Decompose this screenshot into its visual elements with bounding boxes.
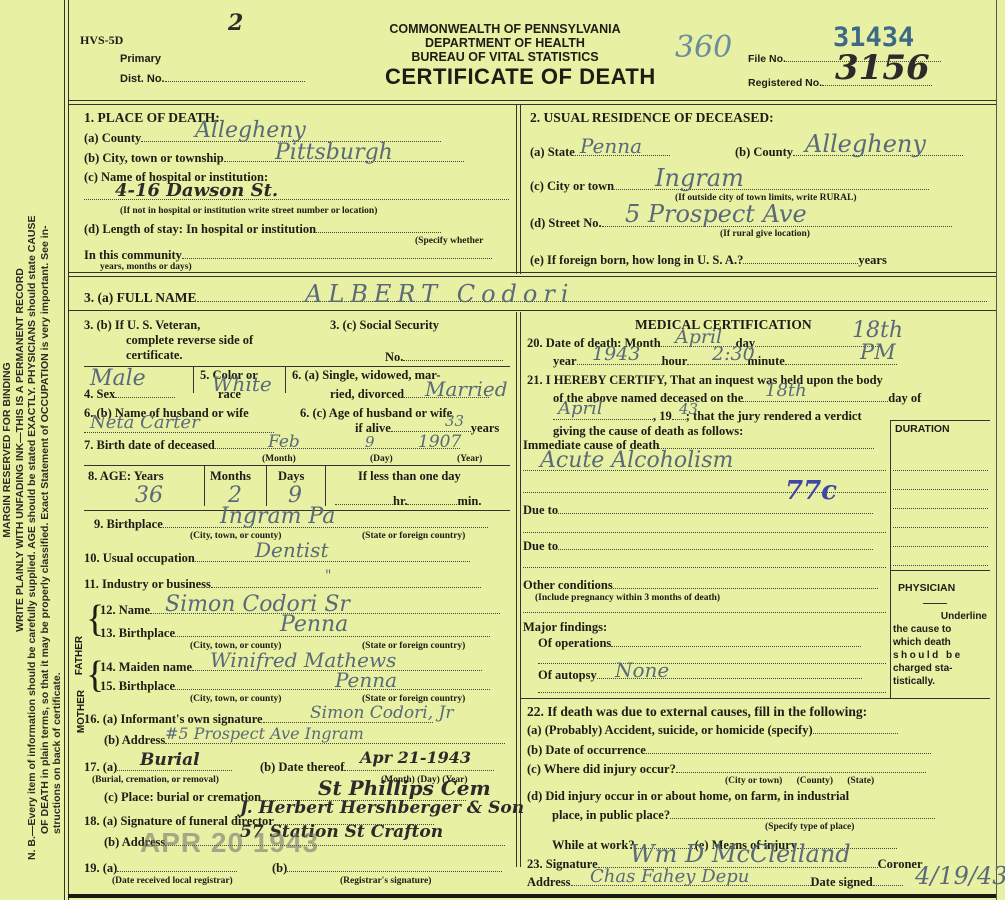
birthplace-value: Ingram Pa bbox=[220, 504, 335, 529]
father-birth-value: Penna bbox=[280, 612, 348, 637]
res-county-value: Allegheny bbox=[805, 130, 926, 158]
spouse-age-value: 33 bbox=[445, 412, 464, 430]
department-text: DEPARTMENT OF HEALTH bbox=[330, 36, 680, 50]
col-divider-top-2 bbox=[520, 104, 521, 274]
veteran-label: 3. (b) If U. S. Veteran, complete revers… bbox=[84, 318, 253, 363]
age-col-2 bbox=[266, 466, 267, 506]
registrar-signature-field[interactable]: (b) bbox=[272, 861, 502, 876]
age-col-3 bbox=[325, 466, 326, 506]
duration-top bbox=[890, 420, 990, 421]
cause-line-2[interactable] bbox=[523, 470, 886, 471]
birthplace-state-note: (State or foreign country) bbox=[362, 531, 465, 541]
other-conditions-note: (Include pregnancy within 3 months of de… bbox=[535, 593, 720, 603]
inquest-month-value: April bbox=[558, 398, 603, 419]
page-mark: 2 bbox=[228, 10, 243, 36]
physician-top bbox=[890, 570, 990, 571]
birth-month-note: (Month) bbox=[262, 454, 296, 464]
informant-address-value: #5 Prospect Ave Ingram bbox=[165, 724, 364, 743]
spouse-age-label: 6. (c) Age of husband or wife bbox=[300, 406, 452, 421]
margin-line-1: MARGIN RESERVED FOR BINDING bbox=[1, 10, 14, 890]
foreign-field[interactable]: (e) If foreign born, how long in U. S. A… bbox=[530, 253, 887, 268]
ss-label: 3. (c) Social Security bbox=[330, 318, 439, 333]
inquest-year-value: 43 bbox=[679, 400, 698, 418]
injury-place-note: (Specify type of place) bbox=[765, 822, 854, 832]
margin-line-2: WRITE PLAINLY WITH UNFADING INK—THIS IS … bbox=[13, 10, 26, 890]
other-line[interactable] bbox=[523, 612, 886, 613]
header-divider bbox=[68, 100, 996, 105]
other-conditions-field[interactable]: Other conditions bbox=[523, 578, 878, 593]
mother-birth-field[interactable]: 15. Birthplace bbox=[100, 679, 490, 694]
burial-date-value: Apr 21-1943 bbox=[360, 748, 471, 767]
coroner-address-value: Chas Fahey Depu bbox=[590, 866, 749, 887]
injury-place-label: (d) Did injury occur in or about home, o… bbox=[527, 789, 849, 804]
margin-line-4: OF DEATH in plain terms, so that it may … bbox=[38, 10, 51, 890]
inquest-day-value: 18th bbox=[765, 380, 807, 401]
operations-field[interactable]: Of operations bbox=[538, 636, 861, 651]
sex-field[interactable]: 4. Sex bbox=[84, 387, 175, 402]
age-days-label: Days bbox=[278, 469, 304, 484]
mother-birth-city-note: (City, town, or county) bbox=[190, 694, 281, 704]
burial-place-value: St Phillips Cem bbox=[318, 776, 491, 800]
birth-year-note: (Year) bbox=[457, 454, 482, 464]
injury-location-note: (City or town) (County) (State) bbox=[725, 776, 874, 786]
marital-label: 6. (a) Single, widowed, mar- bbox=[292, 368, 441, 383]
stay-note: (Specify whether bbox=[415, 236, 483, 246]
birth-year-value: 1907 bbox=[418, 432, 461, 452]
ss-divider bbox=[84, 366, 510, 367]
burial-type-value: Burial bbox=[140, 750, 200, 770]
death-year-value: 1943 bbox=[592, 343, 640, 365]
dist-no-label: Dist. No. bbox=[120, 73, 305, 85]
handwritten-360: 360 bbox=[675, 30, 732, 65]
margin-rule-2 bbox=[68, 0, 69, 900]
physician-instructions: Underline the cause to which death shoul… bbox=[893, 610, 987, 688]
marital-value: Married bbox=[425, 377, 508, 401]
community-note: years, months or days) bbox=[100, 262, 192, 272]
age-months-label: Months bbox=[210, 469, 251, 484]
autopsy-value: None bbox=[615, 658, 669, 682]
physician-heading: PHYSICIAN bbox=[898, 582, 955, 594]
death-certificate: MARGIN RESERVED FOR BINDING WRITE PLAINL… bbox=[0, 0, 1005, 900]
due-line[interactable] bbox=[523, 532, 886, 533]
hours-mins-field[interactable]: hr.min. bbox=[335, 494, 481, 509]
operations-line[interactable] bbox=[538, 663, 886, 664]
registrar-date-note: (Date received local registrar) bbox=[112, 876, 233, 886]
birth-day-value: 9 bbox=[365, 433, 375, 451]
binding-margin: MARGIN RESERVED FOR BINDING WRITE PLAINL… bbox=[0, 0, 64, 900]
inquest-day-field[interactable]: of the above named deceased on theday of bbox=[553, 391, 921, 406]
race-field[interactable]: race bbox=[218, 387, 241, 402]
registrar-signature-note: (Registrar's signature) bbox=[340, 876, 431, 886]
informant-sig-value: Simon Codori, Jr bbox=[310, 703, 453, 723]
injury-place-field[interactable]: place, in public place? bbox=[552, 808, 935, 823]
race-marital-divider bbox=[285, 367, 286, 393]
birth-month-value: Feb bbox=[268, 432, 300, 452]
sex-race-divider bbox=[193, 367, 194, 393]
age-top-divider bbox=[84, 465, 510, 466]
less-than-day-label: If less than one day bbox=[358, 469, 461, 484]
res-street-note: (If rural give location) bbox=[720, 229, 810, 239]
medical-heading: MEDICAL CERTIFICATION bbox=[635, 317, 812, 333]
ss-field[interactable]: No. bbox=[385, 350, 503, 365]
accident-field[interactable]: (a) (Probably) Accident, suicide, or hom… bbox=[527, 723, 898, 738]
death-minute-value: PM bbox=[860, 340, 896, 364]
death-city-value: Pittsburgh bbox=[275, 140, 393, 165]
right-edge bbox=[996, 0, 997, 900]
margin-instructions: MARGIN RESERVED FOR BINDING WRITE PLAINL… bbox=[1, 10, 64, 890]
funeral-director-value: J. Herbert Hershberger & Son bbox=[240, 798, 524, 818]
page-title: CERTIFICATE OF DEATH bbox=[385, 64, 656, 90]
res-city-value: Ingram bbox=[655, 164, 744, 192]
occupation-value: Dentist bbox=[255, 538, 329, 562]
primary-label: Primary bbox=[120, 53, 161, 65]
injury-location-field[interactable]: (c) Where did injury occur? bbox=[527, 762, 926, 777]
issuing-authority: COMMONWEALTH OF PENNSYLVANIA DEPARTMENT … bbox=[330, 22, 680, 64]
hospital-line[interactable] bbox=[84, 195, 509, 200]
autopsy-field[interactable]: Of autopsy bbox=[538, 668, 862, 683]
major-findings-label: Major findings: bbox=[523, 620, 607, 635]
residence-heading: 2. USUAL RESIDENCE OF DECEASED: bbox=[530, 110, 774, 126]
date-signed-value: 4/19/43 bbox=[915, 862, 1005, 890]
bureau-text: BUREAU OF VITAL STATISTICS bbox=[330, 50, 680, 64]
external-heading: 22. If death was due to external causes,… bbox=[527, 704, 867, 720]
spouse-value: Neta Carter bbox=[90, 412, 200, 433]
registered-number-value: 3156 bbox=[835, 48, 930, 88]
stay-field[interactable]: (d) Length of stay: In hospital or insti… bbox=[84, 222, 441, 237]
col-divider-top bbox=[516, 104, 517, 274]
age-col-1 bbox=[204, 466, 205, 506]
col-divider-mid-2 bbox=[520, 312, 521, 867]
due-line-2[interactable] bbox=[523, 567, 886, 568]
margin-line-3: N. B.—Every item of information should b… bbox=[26, 10, 39, 890]
duration-lines[interactable] bbox=[893, 455, 988, 565]
form-code: HVS-5D bbox=[80, 33, 123, 48]
death-city-field[interactable]: (b) City, town or township bbox=[84, 151, 464, 166]
age-years-value[interactable]: 36 bbox=[135, 483, 163, 508]
registrar-date-field[interactable]: 19. (a) bbox=[84, 861, 237, 876]
due-to-field-2[interactable]: Due to bbox=[523, 539, 873, 554]
coroner-signature-value: Wm D McClelland bbox=[630, 840, 851, 868]
res-street-value: 5 Prospect Ave bbox=[625, 200, 807, 228]
industry-value: " bbox=[325, 568, 331, 584]
res-state-value: Penna bbox=[580, 134, 642, 158]
community-field[interactable]: In this community bbox=[84, 248, 492, 263]
section-divider-2 bbox=[68, 272, 996, 277]
margin-rule bbox=[64, 0, 65, 900]
duration-divider bbox=[890, 420, 891, 698]
full-name-value: ALBERT Codori bbox=[305, 280, 574, 308]
col-divider-mid bbox=[516, 312, 517, 867]
physician-rule bbox=[923, 603, 947, 604]
certify-line-1: 21. I HEREBY CERTIFY, That an inquest wa… bbox=[527, 373, 883, 388]
hospital-note: (If not in hospital or institution write… bbox=[120, 206, 377, 216]
external-divider bbox=[520, 698, 990, 699]
margin-line-5: structions on back of certificate. bbox=[51, 10, 64, 890]
mother-birth-value: Penna bbox=[335, 668, 397, 692]
occurrence-date-field[interactable]: (b) Date of occurrence bbox=[527, 743, 931, 758]
bottom-edge bbox=[68, 894, 996, 898]
birth-day-note: (Day) bbox=[370, 454, 393, 464]
name-divider bbox=[68, 310, 996, 311]
received-date-stamp: APR 20 1943 bbox=[140, 827, 319, 859]
due-to-field-1[interactable]: Due to bbox=[523, 503, 873, 518]
father-side-label: FATHER bbox=[74, 636, 85, 675]
death-hour-value: 2:30 bbox=[712, 343, 755, 365]
burial-type-note: (Burial, cremation, or removal) bbox=[92, 775, 219, 785]
autopsy-line[interactable] bbox=[538, 692, 886, 693]
certify-line-4: giving the cause of death as follows: bbox=[553, 424, 743, 439]
duration-heading: DURATION bbox=[895, 423, 950, 435]
commonwealth-text: COMMONWEALTH OF PENNSYLVANIA bbox=[330, 22, 680, 36]
industry-field[interactable]: 11. Industry or business bbox=[84, 577, 481, 592]
age-years-label: 8. AGE: Years bbox=[88, 469, 164, 484]
cause-code-value: 77c bbox=[785, 476, 837, 506]
